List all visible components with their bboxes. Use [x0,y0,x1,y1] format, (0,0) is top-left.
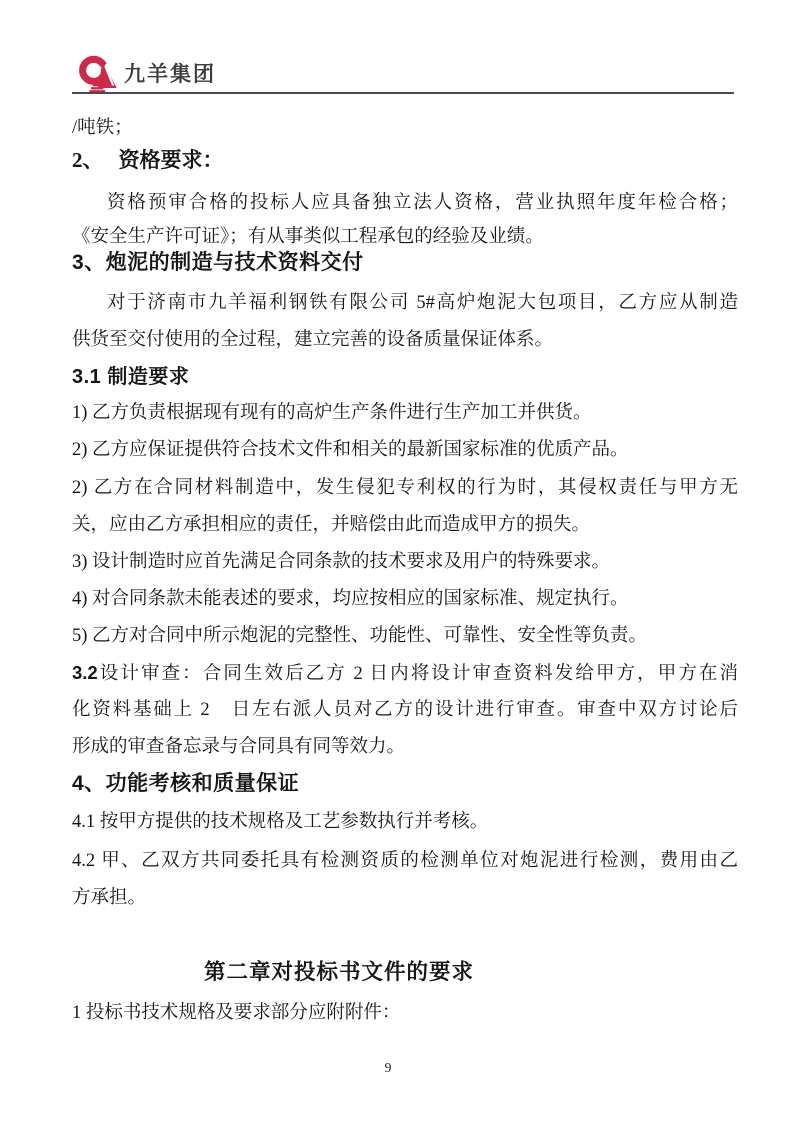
requirement-item-3-cont: 关，应由乙方承担相应的责任，并赔偿由此而造成甲方的损失。 [72,513,738,537]
attachment-requirement-line: 1 投标书技术规格及要求部分应附附件： [72,1001,738,1025]
requirement-item-6: 5) 乙方对合同中所示炮泥的完整性、功能性、可靠性、安全性等负责。 [72,624,738,648]
performance-line-3: 方承担。 [72,886,738,910]
design-review-number: 3.2 [72,662,98,683]
heading-clay-manufacture: 3、炮泥的制造与技术资料交付 [72,250,364,276]
requirement-item-4: 3) 设计制造时应首先满足合同条款的技术要求及用户的特殊要求。 [72,550,738,574]
document-page: 九羊集团 /吨铁； 2、资格要求： 资格预审合格的投标人应具备独立法人资格，营业… [0,0,800,1131]
design-review-line-1: 3.2设计审查：合同生效后乙方 2 日内将设计审查资料发给甲方，甲方在消 [72,661,738,686]
clay-manufacture-line-1: 对于济南市九羊福利钢铁有限公司 5#高炉炮泥大包项目，乙方应从制造 [72,291,738,315]
heading-qualification-title: 资格要求： [119,148,224,172]
requirement-item-2: 2) 乙方应保证提供符合技术文件和相关的最新国家标准的优质产品。 [72,438,738,462]
heading-qualification: 2、资格要求： [72,147,224,173]
design-review-text-1: 设计审查：合同生效后乙方 2 日内将设计审查资料发给甲方，甲方在消 [98,664,738,684]
heading-qualification-number: 2、 [72,147,104,173]
qualification-line-1: 资格预审合格的投标人应具备独立法人资格，营业执照年度年检合格； [72,191,738,215]
header-divider [72,92,734,94]
company-name: 九羊集团 [124,58,216,88]
intro-line: /吨铁； [72,116,738,140]
chapter-2-heading: 第二章对投标书文件的要求 [204,955,474,986]
clay-manufacture-line-2: 供货至交付使用的全过程，建立完善的设备质量保证体系。 [72,328,738,352]
qualification-line-2: 《安全生产许可证》；有从事类似工程承包的经验及业绩。 [72,225,738,249]
performance-line-1: 4.1 按甲方提供的技术规格及工艺参数执行并考核。 [72,810,738,834]
page-number: 9 [372,1060,404,1076]
performance-line-2: 4.2 甲、乙双方共同委托具有检测资质的检测单位对炮泥进行检测，费用由乙 [72,849,738,873]
design-review-line-2: 化资料基础上 2 日左右派人员对乙方的设计进行审查。审查中双方讨论后 [72,698,738,722]
requirement-item-3: 2) 乙方在合同材料制造中，发生侵犯专利权的行为时，其侵权责任与甲方无 [72,476,738,500]
heading-manufacture-requirements: 3.1 制造要求 [72,364,189,390]
design-review-line-3: 形成的审查备忘录与合同具有同等效力。 [72,735,738,759]
requirement-item-1: 1) 乙方负责根据现有现有的高炉生产条件进行生产加工并供货。 [72,401,738,425]
requirement-item-5: 4) 对合同条款未能表述的要求，均应按相应的国家标准、规定执行。 [72,587,738,611]
heading-performance-quality: 4、功能考核和质量保证 [72,771,299,797]
